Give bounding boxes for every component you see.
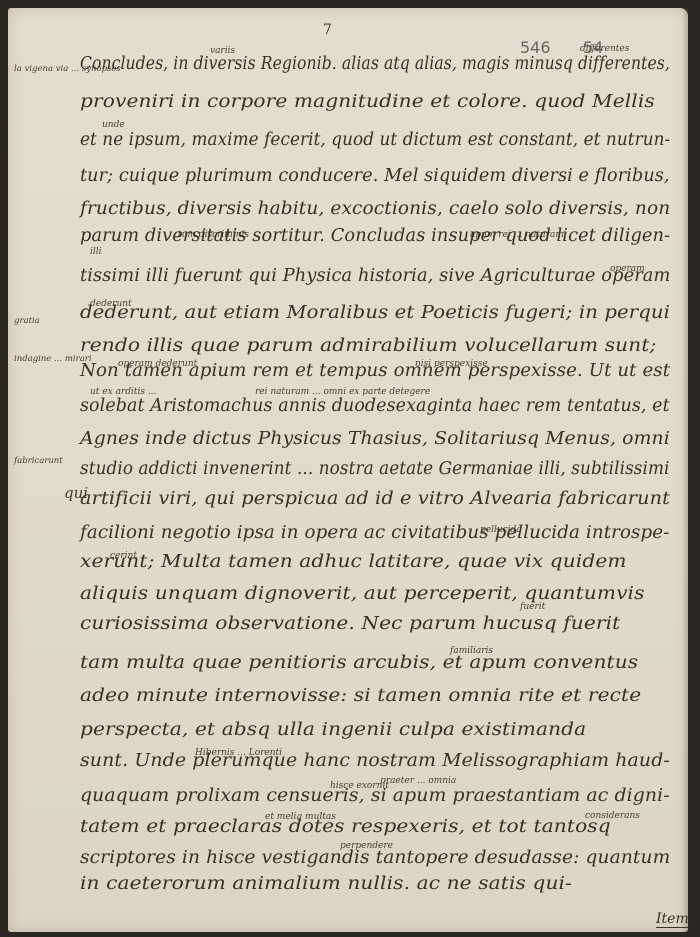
- manuscript-line: proveniri in corpore magnitudine et colo…: [80, 92, 655, 112]
- manuscript-line: Agnes inde dictus Physicus Thasius, Soli…: [80, 429, 670, 449]
- folio-mark: 7: [323, 22, 332, 38]
- manuscript-line: tissimi illi fuerunt qui Physica histori…: [80, 266, 670, 286]
- catchword: Item: [656, 911, 689, 928]
- manuscript-line: curiosissima observatione. Nec parum huc…: [80, 614, 620, 634]
- manuscript-line: sunt. Unde plerumque hanc nostram Meliss…: [80, 751, 670, 771]
- manuscript-line: adeo minute internovisse: si tamen omnia…: [80, 686, 641, 706]
- manuscript-line: studio addicti invenerint ... nostra aet…: [80, 459, 670, 479]
- manuscript-line: Concludes, in diversis Regionib. alias a…: [80, 54, 670, 74]
- interlinear-note: praeter ... omnia: [380, 776, 456, 786]
- interlinear-note: differentes: [580, 44, 629, 54]
- manuscript-line: facilioni negotio ipsa in opera ac civit…: [80, 523, 669, 543]
- margin-note: gratia: [14, 316, 40, 326]
- manuscript-line: et ne ipsum, maxime fecerit, quod ut dic…: [80, 130, 670, 150]
- manuscript-line: scriptores in hisce vestigandis tantoper…: [80, 848, 670, 868]
- interlinear-note: illi: [90, 247, 102, 257]
- manuscript-line: solebat Aristomachus annis duodesexagint…: [80, 396, 670, 416]
- manuscript-line: fructibus, diversis habitu, excoctionis,…: [80, 199, 670, 219]
- manuscript-line: artificii viri, qui perspicua ad id e vi…: [80, 489, 670, 509]
- manuscript-line: parum diversitatis sortitur. Concludas i…: [80, 226, 670, 246]
- manuscript-line: rendo illis quae parum admirabilium volu…: [80, 336, 656, 356]
- manuscript-line: Non tamen apium rem et tempus omnem pers…: [80, 361, 670, 381]
- manuscript-line: aliquis unquam dignoverit, aut perceperi…: [80, 584, 645, 604]
- manuscript-line: quaquam prolixam censueris, si apum prae…: [80, 786, 670, 806]
- manuscript-line: dederunt, aut etiam Moralibus et Poetici…: [80, 303, 670, 323]
- margin-note: fabricarunt: [14, 456, 63, 466]
- manuscript-line: in caeterorum animalium nullis. ac ne sa…: [80, 874, 572, 894]
- manuscript-line: tam multa quae penitioris arcubis, et ap…: [80, 653, 638, 673]
- interlinear-note: unde: [102, 120, 125, 130]
- manuscript-line: xerunt; Multa tamen adhuc latitare, quae…: [80, 552, 627, 572]
- manuscript-line: tur; cuique plurimum conducere. Mel siqu…: [80, 166, 670, 186]
- manuscript-page: 7 546 54 la vigena via ... synopsesgrati…: [8, 8, 688, 932]
- manuscript-line: tatem et praeclaras dotes respexeris, et…: [80, 817, 611, 837]
- manuscript-line: perspecta, et absq ulla ingenii culpa ex…: [80, 720, 586, 740]
